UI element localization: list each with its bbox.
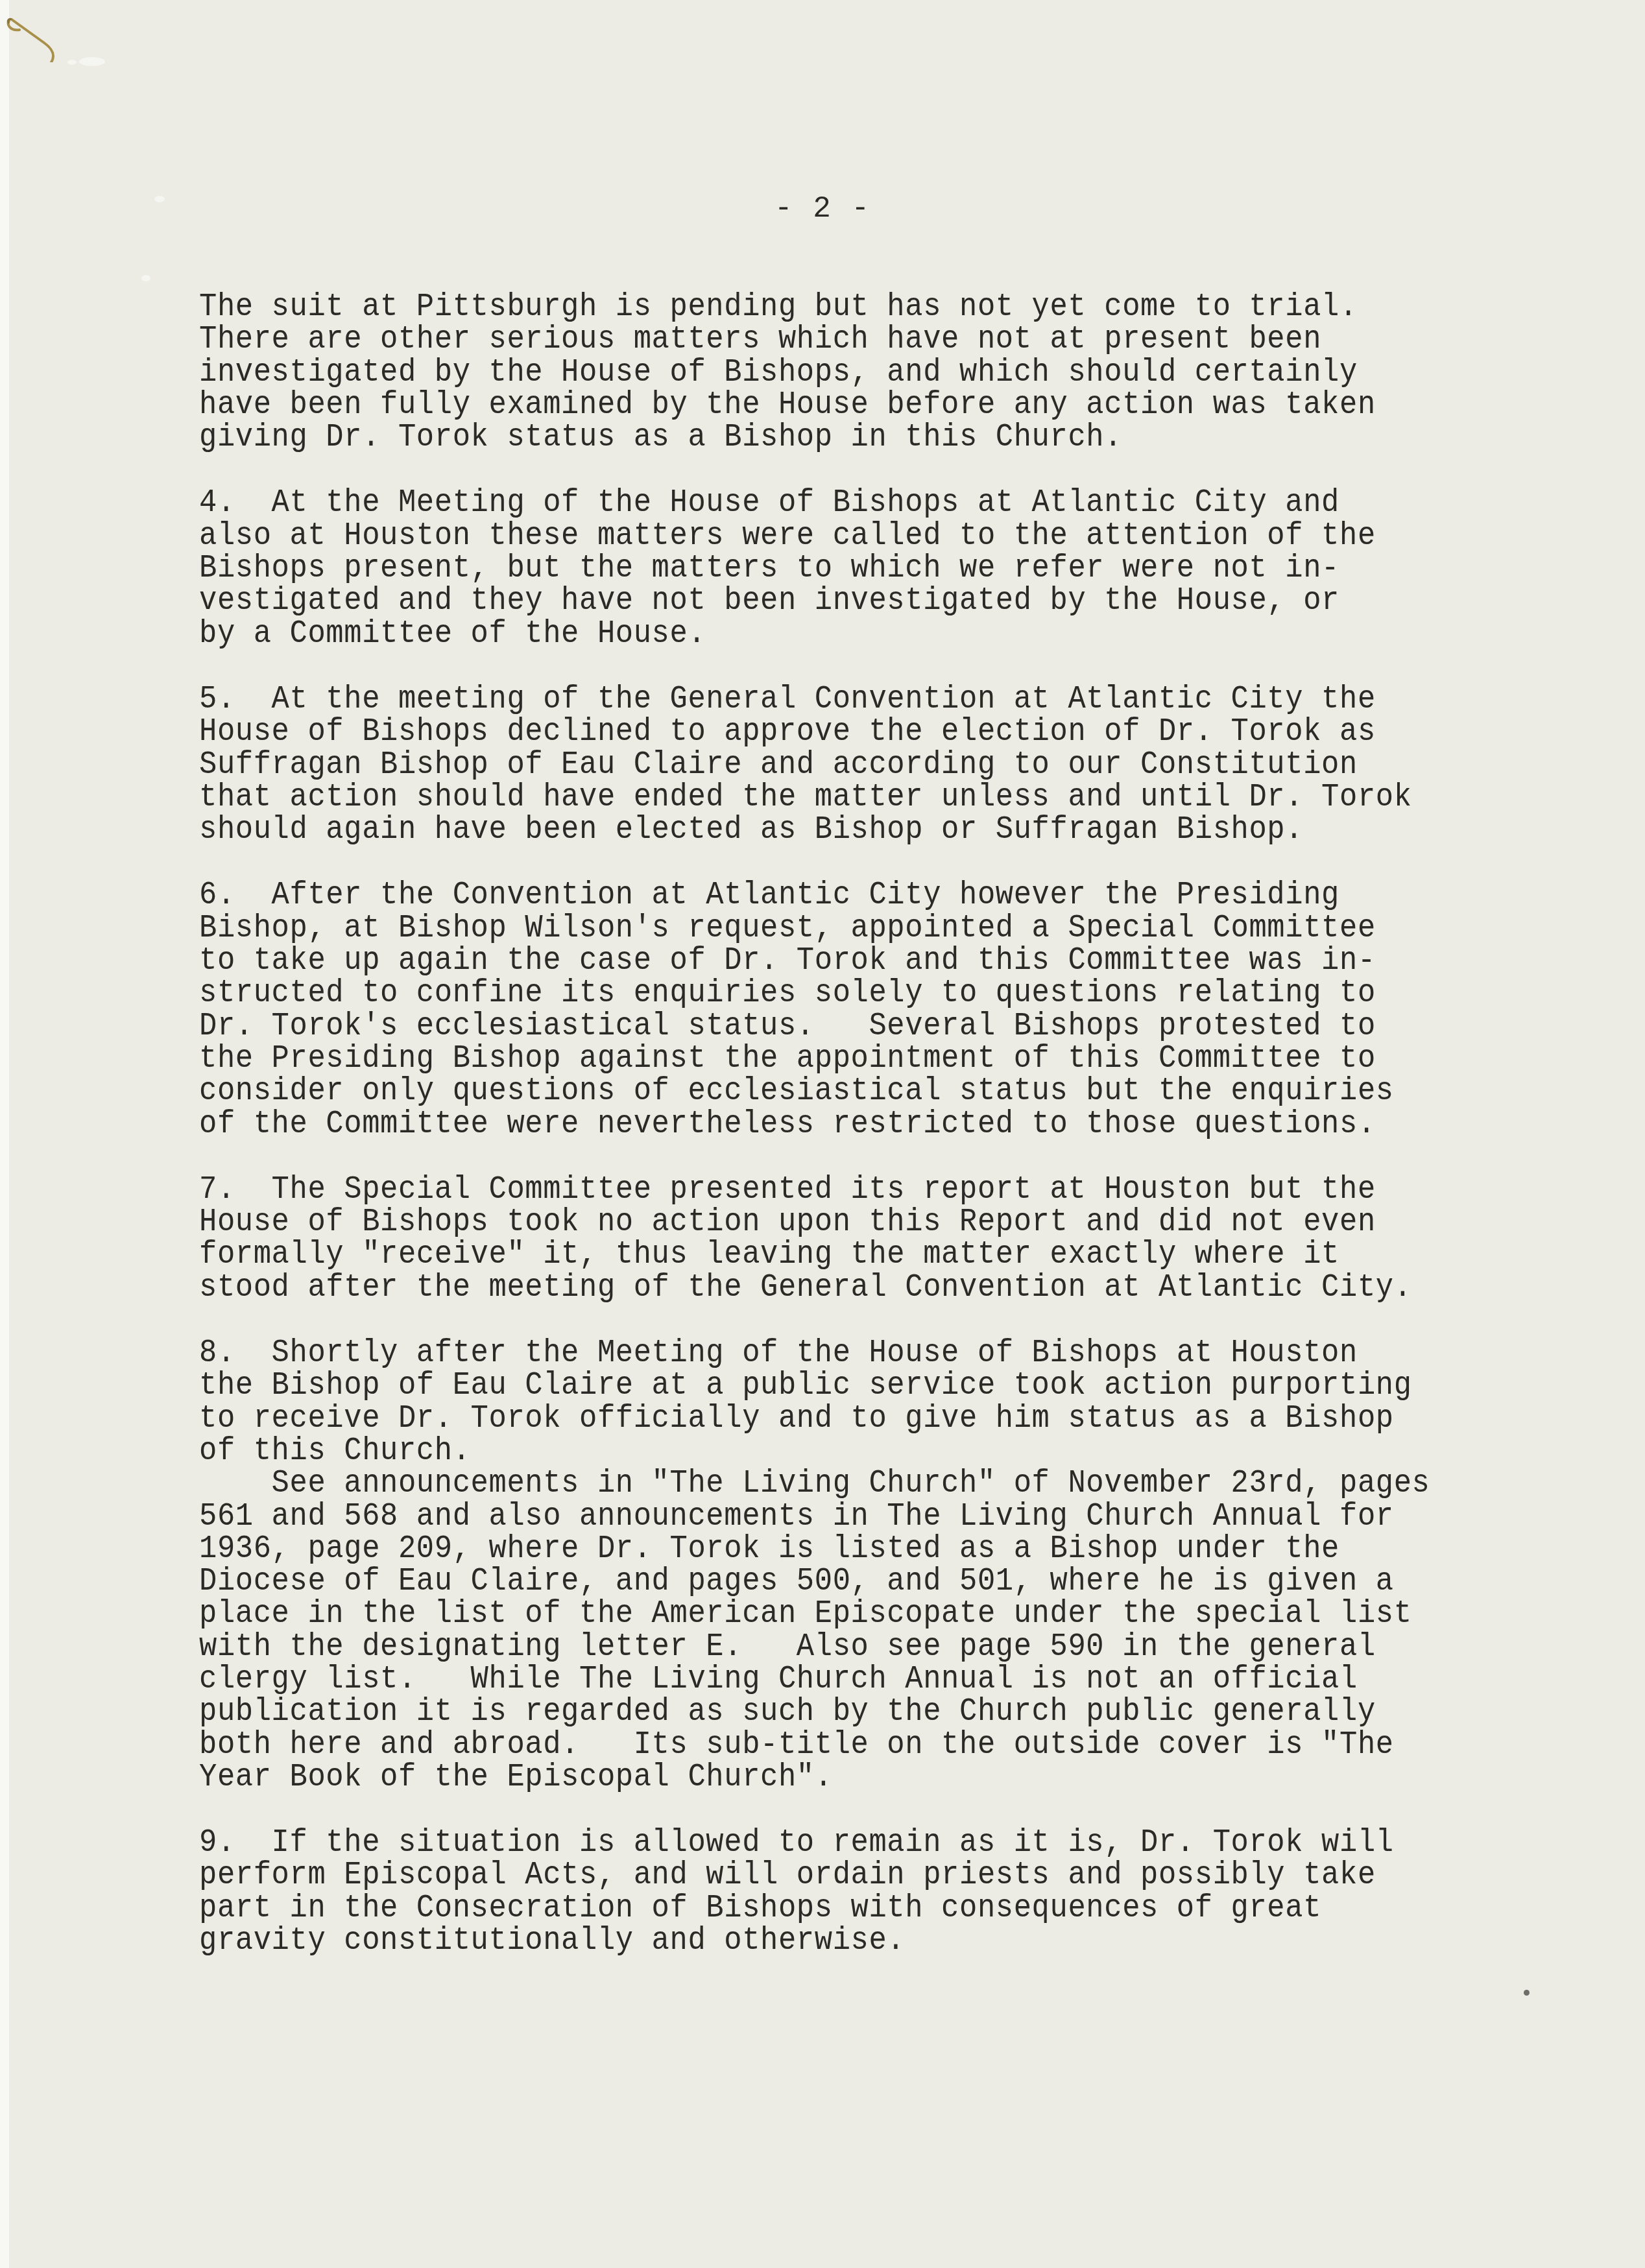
text-line: that action should have ended the matter… [199,780,1587,815]
paragraph-item-5: 5. At the meeting of the General Convent… [199,683,1587,846]
text-line: investigated by the House of Bishops, an… [199,355,1587,390]
paragraph-item-4: 4. At the Meeting of the House of Bishop… [199,486,1587,649]
text-line: There are other serious matters which ha… [199,322,1587,357]
paragraph-item-8: 8. Shortly after the Meeting of the Hous… [199,1337,1587,1793]
text-line: 5. At the meeting of the General Convent… [199,682,1587,717]
text-line: 9. If the situation is allowed to remain… [199,1825,1587,1860]
paragraph-item-6: 6. After the Convention at Atlantic City… [199,879,1587,1140]
paragraph-continuation: The suit at Pittsburgh is pending but ha… [199,291,1587,453]
text-line: Dr. Torok's ecclesiastical status. Sever… [199,1009,1587,1044]
text-line: The suit at Pittsburgh is pending but ha… [199,289,1587,324]
text-line: 4. At the Meeting of the House of Bishop… [199,485,1587,520]
page-number: - 2 - [0,192,1645,226]
text-line: place in the list of the American Episco… [199,1596,1587,1631]
text-line: of this Church. [199,1433,1587,1468]
text-line: structed to confine its enquiries solely… [199,975,1587,1010]
text-line: publication it is regarded as such by th… [199,1694,1587,1729]
text-line: by a Committee of the House. [199,616,1587,651]
text-line: 7. The Special Committee presented its r… [199,1172,1587,1207]
paragraph-item-9: 9. If the situation is allowed to remain… [199,1826,1587,1957]
staple-hole [79,57,105,66]
text-line: House of Bishops took no action upon thi… [199,1204,1587,1239]
staple-hole [141,275,150,281]
staple-hole [67,60,77,65]
ink-speck [1524,1990,1530,1996]
paragraph-item-7: 7. The Special Committee presented its r… [199,1173,1587,1304]
text-line: Diocese of Eau Claire, and pages 500, an… [199,1564,1587,1599]
text-line: gravity constitutionally and otherwise. [199,1923,1587,1958]
text-line: vestigated and they have not been invest… [199,583,1587,618]
text-line: both here and abroad. Its sub-title on t… [199,1727,1587,1762]
text-line: part in the Consecration of Bishops with… [199,1891,1587,1926]
text-line: Bishops present, but the matters to whic… [199,551,1587,586]
text-line: of the Committee were nevertheless restr… [199,1106,1587,1141]
text-line: have been fully examined by the House be… [199,387,1587,422]
staple-icon [5,17,57,62]
text-line: giving Dr. Torok status as a Bishop in t… [199,420,1587,455]
text-line: clergy list. While The Living Church Ann… [199,1662,1587,1697]
text-line: the Bishop of Eau Claire at a public ser… [199,1368,1587,1403]
text-line: also at Houston these matters were calle… [199,518,1587,553]
text-line: consider only questions of ecclesiastica… [199,1073,1587,1108]
text-line: with the designating letter E. Also see … [199,1629,1587,1664]
text-line: House of Bishops declined to approve the… [199,714,1587,749]
text-line: Year Book of the Episcopal Church". [199,1760,1587,1795]
text-line: 1936, page 209, where Dr. Torok is liste… [199,1531,1587,1566]
text-line: 561 and 568 and also announcements in Th… [199,1498,1587,1533]
text-line: to receive Dr. Torok officially and to g… [199,1401,1587,1436]
text-line: the Presiding Bishop against the appoint… [199,1041,1587,1076]
text-line: perform Episcopal Acts, and will ordain … [199,1857,1587,1892]
scan-edge [0,0,9,2268]
document-body: The suit at Pittsburgh is pending but ha… [199,291,1587,1957]
text-line: formally "receive" it, thus leaving the … [199,1237,1587,1272]
text-line: stood after the meeting of the General C… [199,1270,1587,1305]
text-line: Suffragan Bishop of Eau Claire and accor… [199,747,1587,782]
text-line: 6. After the Convention at Atlantic City… [199,877,1587,913]
text-line: See announcements in "The Living Church"… [199,1466,1587,1501]
text-line: to take up again the case of Dr. Torok a… [199,943,1587,978]
text-line: should again have been elected as Bishop… [199,812,1587,847]
text-line: 8. Shortly after the Meeting of the Hous… [199,1335,1587,1370]
text-line: Bishop, at Bishop Wilson's request, appo… [199,911,1587,946]
